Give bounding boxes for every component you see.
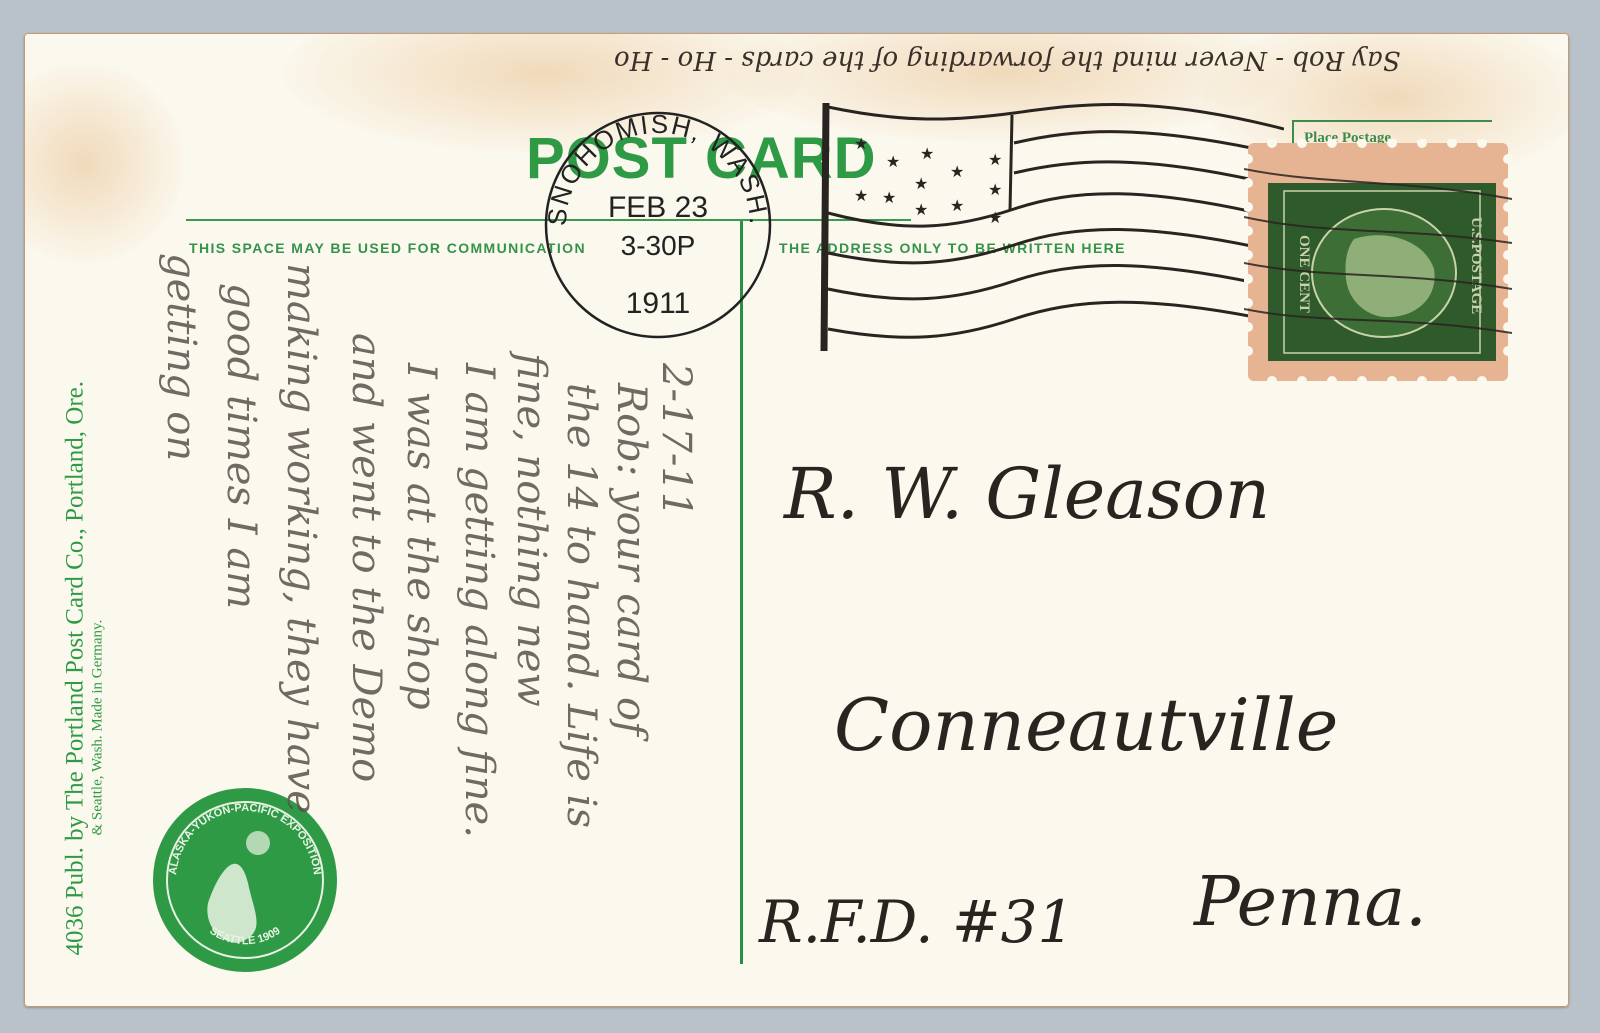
svg-text:ONE CENT: ONE CENT — [1296, 235, 1312, 313]
communication-caption: THIS SPACE MAY BE USED FOR COMMUNICATION — [189, 240, 586, 256]
svg-text:FEB 23: FEB 23 — [608, 191, 708, 224]
message-line: I was at the shop — [398, 363, 444, 710]
top-handwritten-note: Say Rob - Never mind the forwarding of t… — [614, 45, 1400, 75]
svg-text:★: ★ — [882, 188, 896, 207]
svg-text:★: ★ — [988, 180, 1002, 199]
svg-text:★: ★ — [920, 144, 934, 163]
postcard-back: Say Rob - Never mind the forwarding of t… — [24, 33, 1569, 1007]
publisher-line-2: & Seattle, Wash. Made in Germany. — [90, 336, 107, 956]
message-line: the 14 to hand. Life is — [558, 383, 604, 828]
postmark-cancel-icon: SNOHOMISH, WASH. FEB 23 3-30P 1911 — [532, 99, 784, 351]
svg-text:★: ★ — [854, 186, 868, 205]
message-line: good times I am — [218, 283, 264, 609]
svg-text:★: ★ — [950, 196, 964, 215]
one-cent-stamp-icon: ONE CENT U.S.POSTAGE — [1244, 139, 1512, 385]
message-line: making working, they have — [278, 263, 324, 814]
svg-text:★: ★ — [914, 200, 928, 219]
address-city: Conneautville — [834, 683, 1338, 767]
message-line: fine, nothing new — [508, 353, 554, 707]
message-line: and went to the Demo — [343, 333, 389, 782]
address-route: R.F.D. #31 — [759, 888, 1074, 956]
svg-text:★: ★ — [988, 150, 1002, 169]
svg-text:★: ★ — [886, 152, 900, 171]
message-line: getting on — [158, 253, 204, 461]
svg-text:★: ★ — [950, 162, 964, 181]
publisher-line-1: 4036 Publ. by The Portland Post Card Co.… — [62, 336, 90, 956]
publisher-imprint: 4036 Publ. by The Portland Post Card Co.… — [62, 336, 107, 956]
message-line: I am getting along fine. — [456, 363, 502, 838]
message-line: Rob: your card of — [608, 383, 654, 736]
svg-text:1911: 1911 — [626, 287, 691, 320]
message-date: 2-17-11 — [653, 363, 699, 517]
address-state: Penna. — [1194, 863, 1427, 942]
svg-text:★: ★ — [988, 208, 1002, 227]
svg-text:★: ★ — [914, 174, 928, 193]
svg-text:★: ★ — [854, 134, 868, 153]
flag-cancel-icon: ★★★★★ ★★★★★ ★★ — [814, 93, 1284, 353]
svg-text:3-30P: 3-30P — [621, 230, 696, 261]
address-name: R. W. Gleason — [784, 453, 1270, 535]
svg-text:U.S.POSTAGE: U.S.POSTAGE — [1468, 217, 1484, 314]
stain — [24, 63, 184, 263]
